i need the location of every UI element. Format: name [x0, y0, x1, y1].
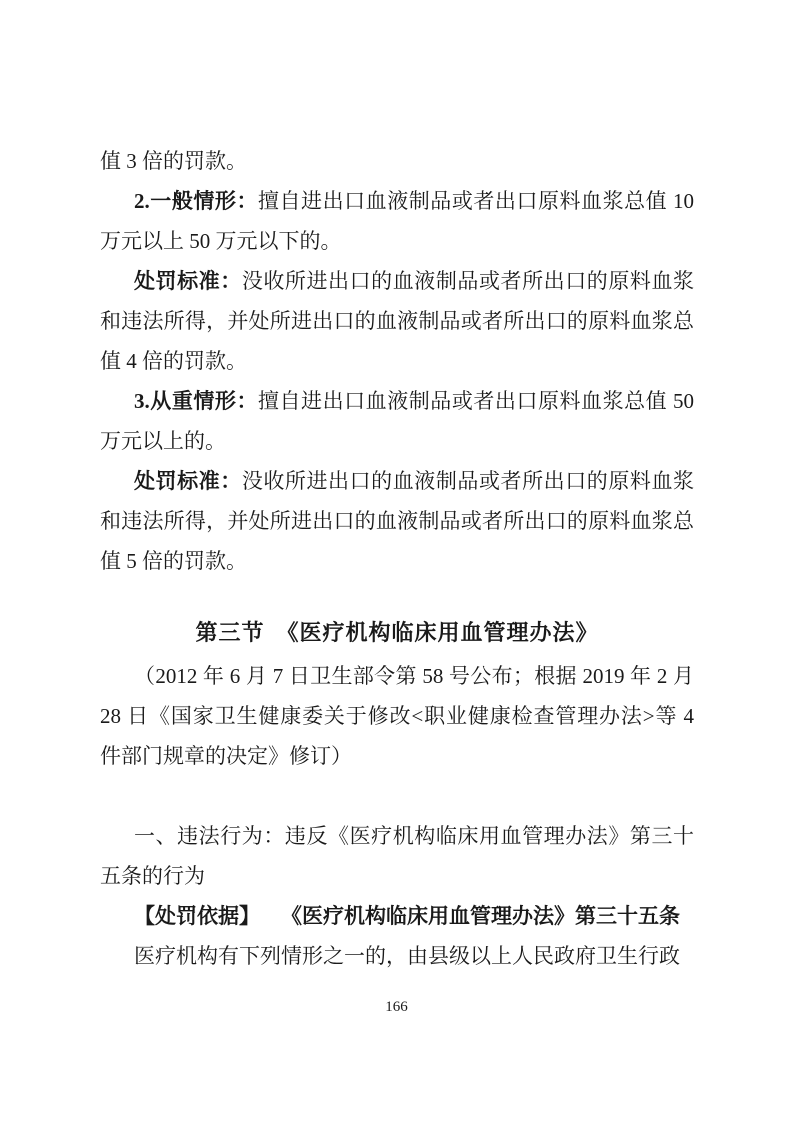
text-run: 2.一般情形： [134, 189, 258, 213]
section-heading: 第三节 《医疗机构临床用血管理办法》 [100, 613, 694, 653]
paragraph: 值 3 倍的罚款。 [100, 141, 694, 181]
paragraph: 3.从重情形：擅自进出口血液制品或者出口原料血浆总值 50 万元以上的。 [100, 381, 694, 461]
paragraph: 【处罚依据】 《医疗机构临床用血管理办法》第三十五条 [100, 896, 694, 936]
paragraph: （2012 年 6 月 7 日卫生部令第 58 号公布；根据 2019 年 2 … [100, 656, 694, 776]
paragraph: 处罚标准：没收所进出口的血液制品或者所出口的原料血浆和违法所得，并处所进出口的血… [100, 261, 694, 381]
document-body: 值 3 倍的罚款。2.一般情形：擅自进出口血液制品或者出口原料血浆总值 10 万… [100, 141, 694, 976]
document-page: 值 3 倍的罚款。2.一般情形：擅自进出口血液制品或者出口原料血浆总值 10 万… [0, 0, 793, 1122]
text-run: 处罚标准： [134, 269, 242, 293]
paragraph: 处罚标准：没收所进出口的血液制品或者所出口的原料血浆和违法所得，并处所进出口的血… [100, 461, 694, 581]
text-run: 医疗机构有下列情形之一的，由县级以上人民政府卫生行政 [134, 944, 680, 968]
text-run: 第三节 《医疗机构临床用血管理办法》 [195, 620, 598, 645]
text-run: 值 3 倍的罚款。 [100, 149, 247, 173]
text-run: 3.从重情形： [134, 389, 258, 413]
paragraph: 一、违法行为：违反《医疗机构临床用血管理办法》第三十五条的行为 [100, 816, 694, 896]
text-run: 处罚标准： [134, 469, 242, 493]
text-run: （2012 年 6 月 7 日卫生部令第 58 号公布；根据 2019 年 2 … [100, 664, 694, 768]
page-number: 166 [0, 997, 793, 1017]
paragraph: 医疗机构有下列情形之一的，由县级以上人民政府卫生行政 [100, 936, 694, 976]
text-run: 一、违法行为：违反《医疗机构临床用血管理办法》第三十五条的行为 [100, 824, 694, 888]
paragraph: 2.一般情形：擅自进出口血液制品或者出口原料血浆总值 10 万元以上 50 万元… [100, 181, 694, 261]
text-run: 【处罚依据】 《医疗机构临床用血管理办法》第三十五条 [134, 904, 680, 928]
